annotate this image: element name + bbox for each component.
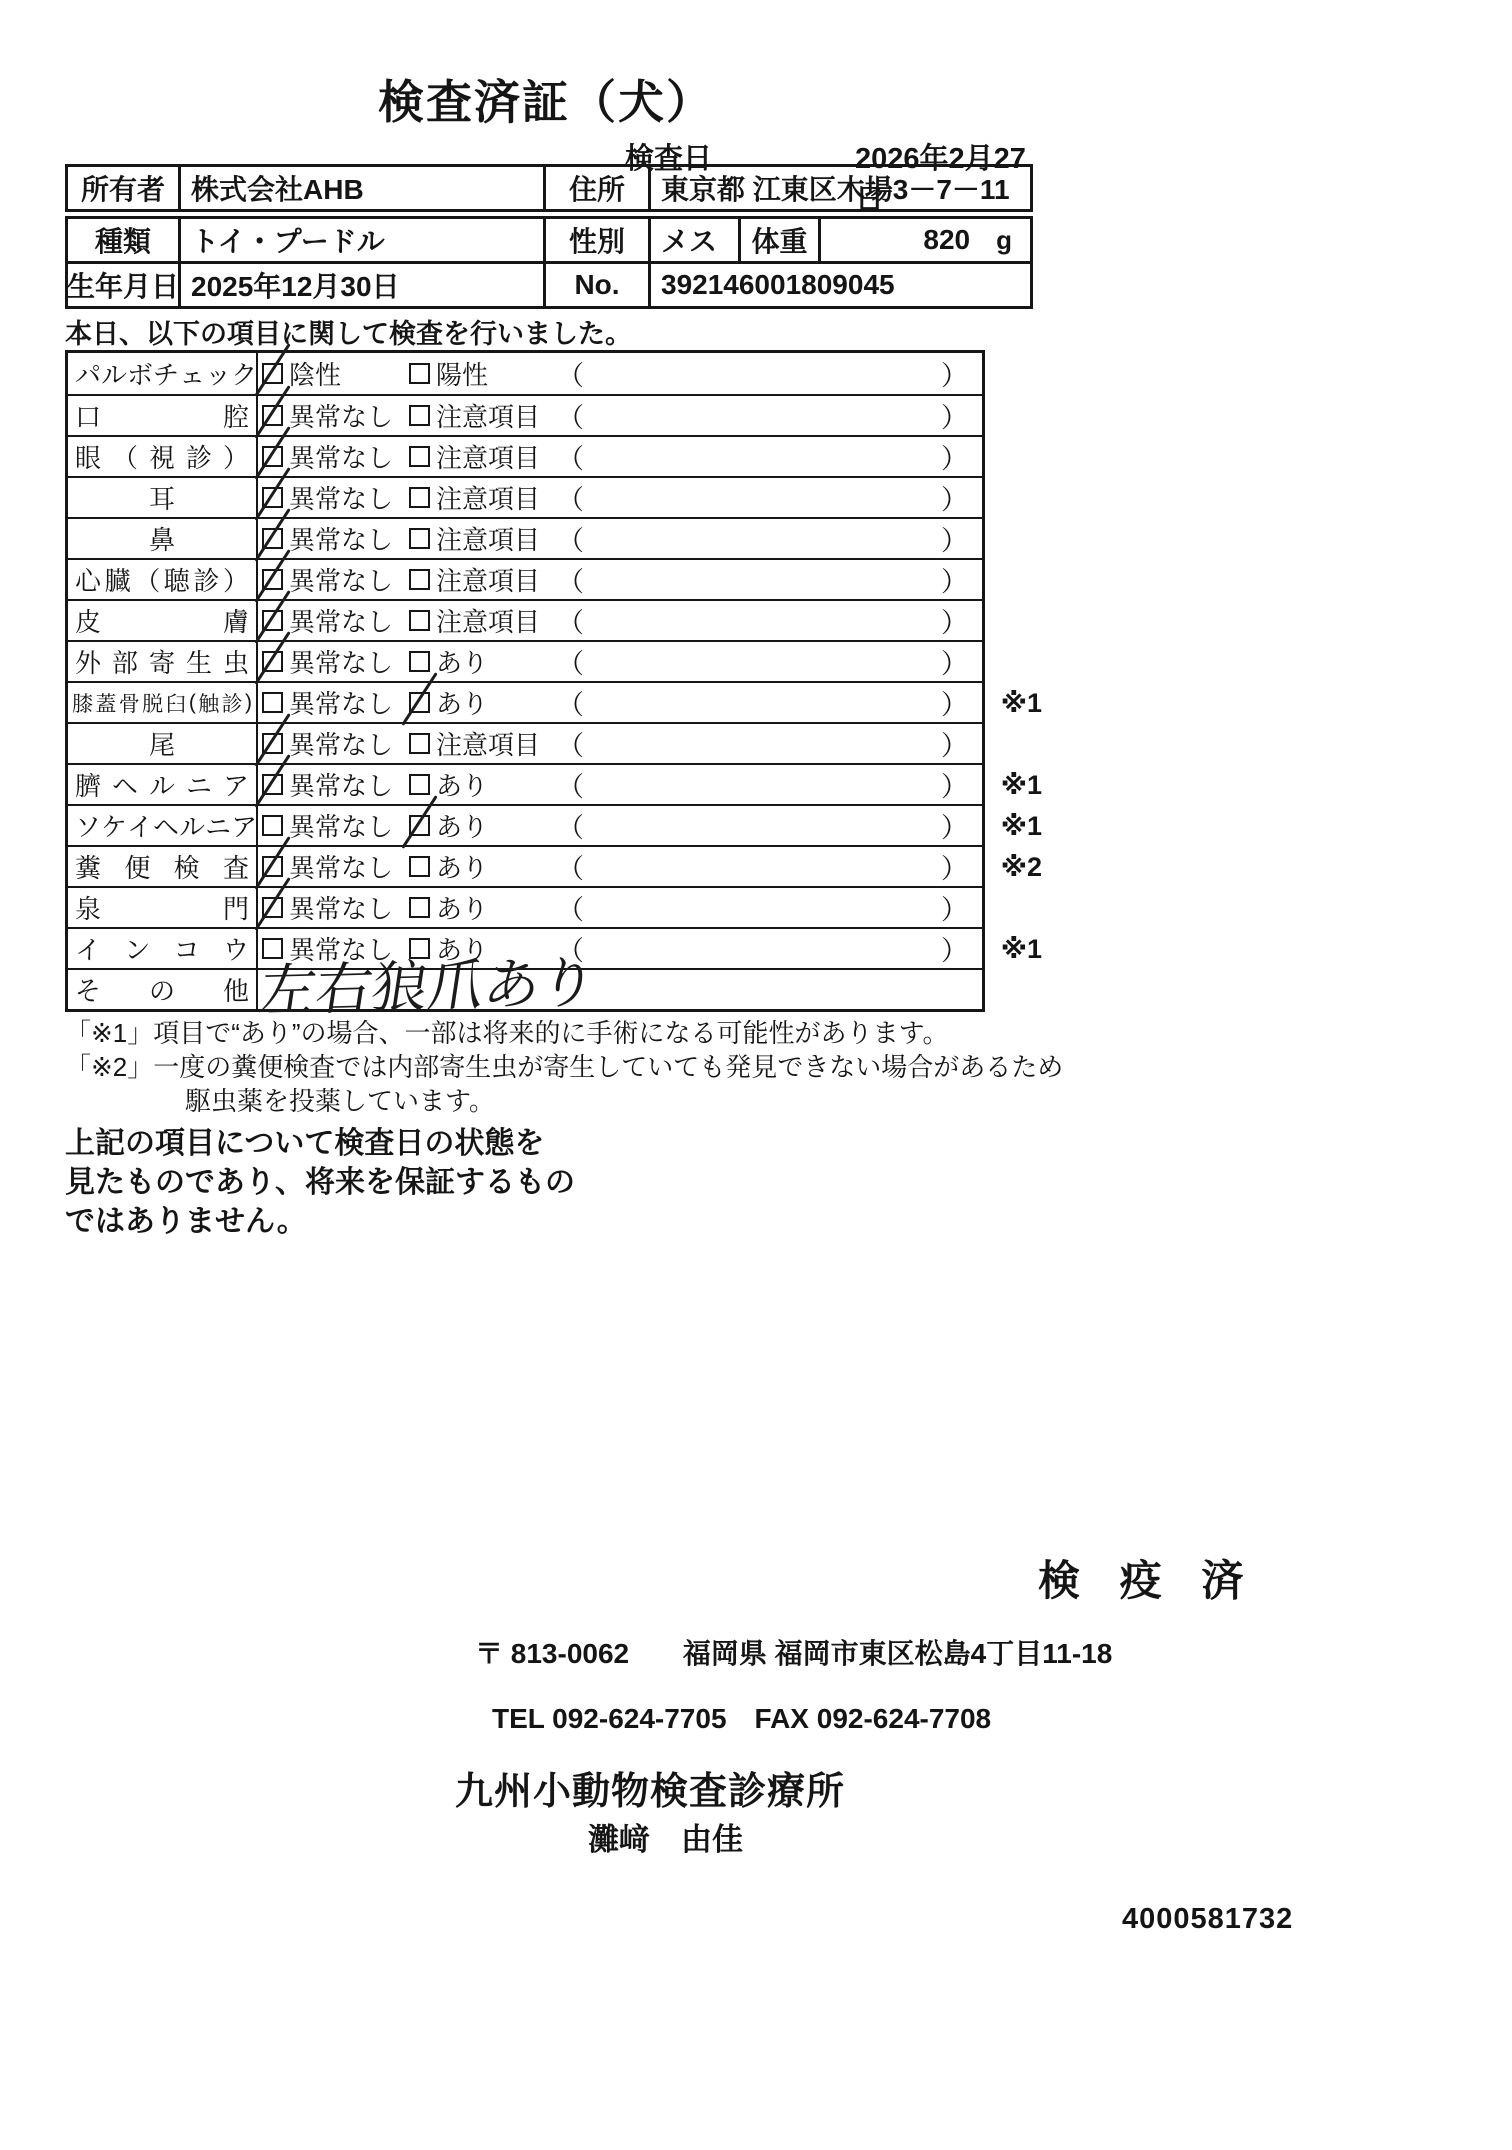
- check-option-label: 注意項目: [436, 561, 540, 598]
- label-char: ア: [231, 807, 257, 844]
- check-option: 注意項目: [409, 602, 549, 639]
- check-options: 異常なし注意項目（）: [258, 560, 982, 599]
- sex-label-cell: 性別: [543, 219, 648, 261]
- label-char: ニ: [186, 766, 212, 803]
- paren-open: （: [557, 724, 584, 763]
- label-char: 便: [124, 848, 150, 885]
- check-option-label: あり: [436, 684, 488, 721]
- check-option-label: 異常なし: [289, 684, 393, 721]
- checkbox-icon: [409, 774, 430, 795]
- paren-close: ）: [941, 601, 968, 640]
- check-option-label: 異常なし: [289, 766, 393, 803]
- paren-open: （: [557, 354, 584, 393]
- owner-label-cell: 所有者: [68, 167, 178, 209]
- clinic-name: 九州小動物検査診療所: [455, 1760, 845, 1815]
- paren-open: （: [557, 560, 584, 599]
- check-row: ソケイヘルニア異常なしあり（）※1: [68, 804, 982, 845]
- clinic-address: 福岡県 福岡市東区松島4丁目11-18: [683, 1638, 1112, 1669]
- check-row: 泉門異常なしあり（）: [68, 886, 982, 927]
- paren-close: ）: [941, 929, 968, 968]
- check-option-label: 異常なし: [289, 889, 393, 926]
- check-item-label: 心臓（聴診）: [68, 560, 258, 599]
- check-options: 異常なしあり（）: [258, 806, 982, 845]
- label-char: パ: [75, 355, 101, 392]
- veterinarian-name: 灘﨑 由佳: [588, 1814, 743, 1859]
- clinic-postal-code: 〒 813-0062: [475, 1638, 629, 1669]
- paren-open: （: [557, 683, 584, 722]
- paren-close: ）: [941, 806, 968, 845]
- paren-close: ）: [941, 354, 968, 393]
- check-option: 注意項目: [409, 479, 549, 516]
- quarantine-stamp: 検 疫 済: [1038, 1548, 1257, 1608]
- check-row: パルボチェック陰性陽性（）: [68, 353, 982, 394]
- paren-close: ）: [941, 642, 968, 681]
- check-row: 臍ヘルニア異常なしあり（）※1: [68, 763, 982, 804]
- check-option-label: あり: [436, 643, 488, 680]
- label-char: イ: [127, 807, 153, 844]
- paren-open: （: [557, 478, 584, 517]
- check-option-label: あり: [436, 766, 488, 803]
- check-item-label: 耳: [68, 478, 258, 517]
- checkbox-icon: [409, 569, 430, 590]
- footnote-marker: ※1: [1001, 934, 1042, 965]
- weight-unit: g: [996, 225, 1012, 256]
- check-item-label: 眼（視診）: [68, 437, 258, 476]
- clinic-tel-fax: TEL 092-624-7705 FAX 092-624-7708: [492, 1697, 991, 1737]
- species-value-cell: トイ・プードル: [178, 219, 543, 261]
- label-char: 皮: [75, 602, 101, 639]
- paren-close: ）: [941, 683, 968, 722]
- paren-close: ）: [941, 847, 968, 886]
- check-row: 眼（視診）異常なし注意項目（）: [68, 435, 982, 476]
- checkbox-icon: [262, 938, 283, 959]
- label-char: （: [112, 438, 138, 475]
- label-char: ソ: [75, 807, 101, 844]
- check-option-label: 注意項目: [436, 602, 540, 639]
- check-option: あり: [409, 766, 549, 803]
- paren-open: （: [557, 765, 584, 804]
- check-row: 皮膚異常なし注意項目（）: [68, 599, 982, 640]
- check-options: 異常なし注意項目（）: [258, 519, 982, 558]
- checkbox-icon: [409, 856, 430, 877]
- label-char: チ: [153, 355, 179, 392]
- check-item-label: インコウ: [68, 929, 258, 968]
- label-char: 耳: [149, 479, 175, 516]
- check-options: 左右狼爪あり: [258, 970, 982, 1009]
- label-char: 診: [222, 688, 243, 718]
- check-option: 注意項目: [409, 725, 549, 762]
- owner-table: 所有者 株式会社AHB 住所 東京都 江東区木場3－7－11: [65, 164, 1033, 212]
- check-item-label: 口腔: [68, 396, 258, 435]
- paren-close: ）: [941, 437, 968, 476]
- label-char: 他: [223, 971, 249, 1008]
- check-option: 異常なし: [262, 889, 409, 926]
- label-char: ヘ: [112, 766, 138, 803]
- label-char: 泉: [75, 889, 101, 926]
- check-item-label: 泉門: [68, 888, 258, 927]
- handwritten-note: 左右狼爪あり: [256, 953, 601, 1021]
- label-char: ニ: [205, 807, 231, 844]
- label-char: 口: [75, 397, 101, 434]
- label-char: の: [149, 971, 175, 1008]
- check-option-label: 注意項目: [436, 479, 540, 516]
- label-char: ル: [101, 355, 127, 392]
- check-option: 異常なし: [262, 438, 409, 475]
- check-row: 尾異常なし注意項目（）: [68, 722, 982, 763]
- check-option: 異常なし: [262, 684, 409, 721]
- label-char: ケ: [101, 807, 127, 844]
- label-char: 臼: [166, 688, 187, 718]
- check-item-label: その他: [68, 970, 258, 1009]
- check-option-label: 注意項目: [436, 520, 540, 557]
- checklist-table: パルボチェック陰性陽性（）口腔異常なし注意項目（）眼（視診）異常なし注意項目（）…: [65, 350, 985, 1012]
- label-char: ): [245, 691, 252, 715]
- check-options: 異常なしあり（）: [258, 683, 982, 722]
- statement-line-2: 見たものであり、将来を保証するもの: [65, 1163, 575, 1202]
- label-char: 糞: [75, 848, 101, 885]
- check-option: 異常なし: [262, 643, 409, 680]
- check-row: その他左右狼爪あり: [68, 968, 982, 1009]
- check-row: 心臓（聴診）異常なし注意項目（）: [68, 558, 982, 599]
- certificate-page: 検査済証（犬） 検査日 2026年2月27日 所有者 株式会社AHB 住所 東京…: [0, 0, 1512, 2150]
- check-option: 異常なし: [262, 766, 409, 803]
- check-option-label: 異常なし: [289, 807, 393, 844]
- checkbox-icon: [262, 692, 283, 713]
- clinic-address-line: 〒 813-0062 福岡県 福岡市東区松島4丁目11-18: [475, 1632, 1112, 1672]
- check-option: 注意項目: [409, 438, 549, 475]
- check-row: 膝蓋骨脱臼(触診)異常なしあり（）※1: [68, 681, 982, 722]
- paren-open: （: [557, 847, 584, 886]
- footnote-marker: ※1: [1001, 770, 1042, 801]
- check-option: 異常なし: [262, 807, 409, 844]
- check-option: あり: [409, 889, 549, 926]
- label-char: ン: [124, 930, 150, 967]
- check-option-label: あり: [436, 889, 488, 926]
- footnote-marker: ※1: [1001, 811, 1042, 842]
- check-options: 異常なしあり（）: [258, 765, 982, 804]
- checkbox-icon: [409, 446, 430, 467]
- label-char: 尾: [149, 725, 175, 762]
- check-option: 異常なし: [262, 725, 409, 762]
- check-option: 陽性: [409, 355, 549, 392]
- disclaimer-statement: 上記の項目について検査日の状態を 見たものであり、将来を保証するもの ではありま…: [65, 1124, 575, 1241]
- label-char: （: [134, 561, 160, 598]
- label-char: ボ: [127, 355, 153, 392]
- address-label-cell: 住所: [543, 167, 648, 209]
- weight-value: 820: [923, 224, 970, 256]
- paren-close: ）: [941, 396, 968, 435]
- label-char: ル: [149, 766, 175, 803]
- paren-open: （: [557, 396, 584, 435]
- check-option-label: 注意項目: [436, 438, 540, 475]
- checkbox-icon: [409, 733, 430, 754]
- check-item-label: 鼻: [68, 519, 258, 558]
- check-options: 異常なし注意項目（）: [258, 478, 982, 517]
- label-char: 腔: [223, 397, 249, 434]
- check-options: 異常なしあり（）: [258, 847, 982, 886]
- check-option-label: 異常なし: [289, 438, 393, 475]
- check-option-label: 注意項目: [436, 397, 540, 434]
- check-options: 異常なし注意項目（）: [258, 396, 982, 435]
- label-char: ウ: [223, 930, 249, 967]
- label-char: ェ: [179, 355, 205, 392]
- check-options: 異常なしあり（）: [258, 888, 982, 927]
- birth-label-cell: 生年月日: [68, 264, 178, 306]
- label-char: (: [189, 691, 196, 715]
- address-value-cell: 東京都 江東区木場3－7－11: [648, 167, 1030, 209]
- label-char: そ: [75, 971, 101, 1008]
- weight-label-cell: 体重: [738, 219, 818, 261]
- label-char: 臍: [75, 766, 101, 803]
- check-option-label: 陽性: [436, 355, 488, 392]
- check-option-label: 異常なし: [289, 520, 393, 557]
- checkbox-icon: [409, 897, 430, 918]
- statement-line-3: ではありません。: [65, 1202, 575, 1241]
- page-title: 検査済証（犬）: [65, 66, 1027, 132]
- label-char: 聴: [164, 561, 190, 598]
- label-char: ）: [223, 438, 249, 475]
- check-option: 注意項目: [409, 520, 549, 557]
- label-char: 眼: [75, 438, 101, 475]
- label-char: 鼻: [149, 520, 175, 557]
- paren-close: ）: [941, 765, 968, 804]
- paren-close: ）: [941, 478, 968, 517]
- label-char: 診: [186, 438, 212, 475]
- paren-open: （: [557, 888, 584, 927]
- no-label-cell: No.: [543, 264, 648, 306]
- check-option: 異常なし: [262, 561, 409, 598]
- check-option: あり: [409, 643, 549, 680]
- checkbox-icon: [409, 363, 430, 384]
- label-char: ア: [223, 766, 249, 803]
- check-item-label: 皮膚: [68, 601, 258, 640]
- check-row: 糞便検査異常なしあり（）※2: [68, 845, 982, 886]
- pet-table: 種類 トイ・プードル 性別 メス 体重 820 g 生年月日 2025年12月3…: [65, 216, 1033, 309]
- label-char: 膝: [72, 688, 93, 718]
- check-item-label: 外部寄生虫: [68, 642, 258, 681]
- check-item-label: パルボチェック: [68, 353, 258, 394]
- intro-text: 本日、以下の項目に関して検査を行いました。: [65, 312, 632, 351]
- check-options: 異常なし注意項目（）: [258, 437, 982, 476]
- footnote-2: 「※2」一度の糞便検査では内部寄生虫が寄生していても発見できない場合があるため: [65, 1050, 1063, 1084]
- label-char: 視: [149, 438, 175, 475]
- check-option-label: 注意項目: [436, 725, 540, 762]
- label-char: 診: [193, 561, 219, 598]
- check-option-label: 異常なし: [289, 848, 393, 885]
- checkbox-icon: [409, 610, 430, 631]
- check-options: 異常なしあり（）: [258, 642, 982, 681]
- label-char: 触: [198, 688, 219, 718]
- check-option: あり: [409, 807, 549, 844]
- serial-number: 4000581732: [1122, 1903, 1293, 1936]
- label-char: ヘ: [153, 807, 179, 844]
- label-char: 心: [75, 561, 101, 598]
- check-option-label: 陰性: [289, 355, 341, 392]
- check-item-label: 尾: [68, 724, 258, 763]
- label-char: 骨: [119, 688, 140, 718]
- label-char: ク: [231, 355, 257, 392]
- paren-close: ）: [941, 888, 968, 927]
- statement-line-1: 上記の項目について検査日の状態を: [65, 1124, 575, 1163]
- weight-value-cell: 820 g: [818, 219, 1030, 261]
- no-value-cell: 392146001809045: [648, 264, 1030, 306]
- check-option: 注意項目: [409, 561, 549, 598]
- check-option: 異常なし: [262, 602, 409, 639]
- label-char: 臓: [105, 561, 131, 598]
- check-option: 異常なし: [262, 397, 409, 434]
- check-option: 注意項目: [409, 397, 549, 434]
- check-option: 異常なし: [262, 848, 409, 885]
- check-row: 耳異常なし注意項目（）: [68, 476, 982, 517]
- footnote-marker: ※1: [1001, 688, 1042, 719]
- label-char: 査: [223, 848, 249, 885]
- label-char: 膚: [223, 602, 249, 639]
- check-item-label: 糞便検査: [68, 847, 258, 886]
- owner-value-cell: 株式会社AHB: [178, 167, 543, 209]
- label-char: 蓋: [95, 688, 116, 718]
- paren-close: ）: [941, 560, 968, 599]
- check-option: あり: [409, 684, 549, 721]
- birth-value-cell: 2025年12月30日: [178, 264, 543, 306]
- checkbox-icon: [409, 651, 430, 672]
- footnote-2-cont: 駆虫薬を投薬しています。: [65, 1084, 1063, 1118]
- paren-close: ）: [941, 724, 968, 763]
- check-item-label: 膝蓋骨脱臼(触診): [68, 683, 258, 722]
- check-option-label: 異常なし: [289, 643, 393, 680]
- checkbox-icon: [409, 405, 430, 426]
- check-option: 異常なし: [262, 479, 409, 516]
- check-option-label: あり: [436, 807, 488, 844]
- check-option-label: 異常なし: [289, 561, 393, 598]
- label-char: 外: [75, 643, 101, 680]
- paren-close: ）: [941, 519, 968, 558]
- check-option: 陰性: [262, 355, 409, 392]
- check-item-label: ソケイヘルニア: [68, 806, 258, 845]
- species-label-cell: 種類: [68, 219, 178, 261]
- label-char: 生: [186, 643, 212, 680]
- check-row: 外部寄生虫異常なしあり（）: [68, 640, 982, 681]
- label-char: ル: [179, 807, 205, 844]
- label-char: 検: [174, 848, 200, 885]
- check-item-label: 臍ヘルニア: [68, 765, 258, 804]
- footnote-marker: ※2: [1001, 852, 1042, 883]
- label-char: 寄: [149, 643, 175, 680]
- sex-value-cell: メス: [648, 219, 738, 261]
- paren-open: （: [557, 806, 584, 845]
- footnotes: 「※1」項目で“あり”の場合、一部は将来的に手術になる可能性があります。 「※2…: [65, 1016, 1063, 1118]
- check-option-label: 異常なし: [289, 602, 393, 639]
- checkbox-icon: [262, 815, 283, 836]
- label-char: 部: [112, 643, 138, 680]
- check-row: 鼻異常なし注意項目（）: [68, 517, 982, 558]
- label-char: 脱: [142, 688, 163, 718]
- label-char: ）: [223, 561, 249, 598]
- paren-open: （: [557, 642, 584, 681]
- check-option-label: 異常なし: [289, 397, 393, 434]
- check-option-label: 異常なし: [289, 725, 393, 762]
- check-option: あり: [409, 848, 549, 885]
- check-options: 陰性陽性（）: [258, 353, 982, 394]
- check-option-label: 異常なし: [289, 479, 393, 516]
- check-options: 異常なし注意項目（）: [258, 724, 982, 763]
- checkbox-icon: [409, 528, 430, 549]
- check-option: 異常なし: [262, 520, 409, 557]
- label-char: 虫: [223, 643, 249, 680]
- checkbox-icon: [409, 487, 430, 508]
- check-row: 口腔異常なし注意項目（）: [68, 394, 982, 435]
- check-option-label: あり: [436, 848, 488, 885]
- check-options: 異常なし注意項目（）: [258, 601, 982, 640]
- paren-open: （: [557, 601, 584, 640]
- label-char: イ: [75, 930, 101, 967]
- paren-open: （: [557, 519, 584, 558]
- paren-open: （: [557, 437, 584, 476]
- label-char: 門: [223, 889, 249, 926]
- label-char: コ: [174, 930, 200, 967]
- label-char: ッ: [205, 355, 231, 392]
- footnote-1: 「※1」項目で“あり”の場合、一部は将来的に手術になる可能性があります。: [65, 1016, 1063, 1050]
